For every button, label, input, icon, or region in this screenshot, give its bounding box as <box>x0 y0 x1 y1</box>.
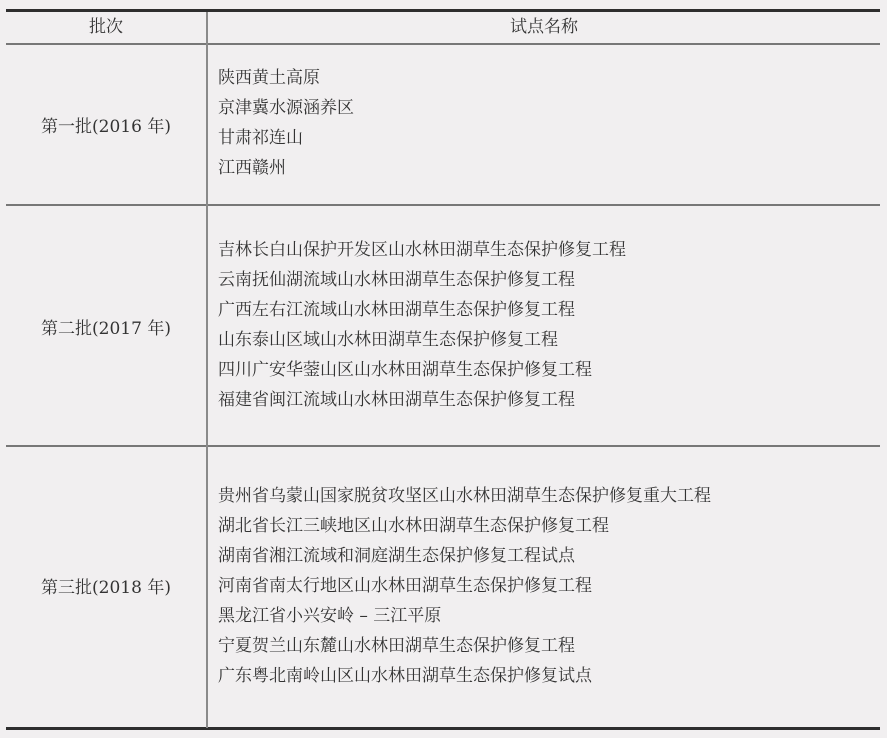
batch-cell: 第二批(2017 年) <box>6 314 206 339</box>
pilot-item: 吉林长白山保护开发区山水林田湖草生态保护修复工程 <box>218 235 626 265</box>
pilot-item: 陕西黄土高原 <box>218 63 354 93</box>
row-separator <box>6 445 880 447</box>
pilot-item: 京津冀水源涵养区 <box>218 93 354 123</box>
pilot-item: 江西赣州 <box>218 153 354 183</box>
header-rule <box>6 43 880 45</box>
pilot-item: 湖北省长江三峡地区山水林田湖草生态保护修复工程 <box>218 511 711 541</box>
pilot-item: 福建省闽江流域山水林田湖草生态保护修复工程 <box>218 385 626 415</box>
pilot-item: 河南省南太行地区山水林田湖草生态保护修复工程 <box>218 571 711 601</box>
pilot-list: 吉林长白山保护开发区山水林田湖草生态保护修复工程 云南抚仙湖流域山水林田湖草生态… <box>218 235 626 415</box>
bottom-rule <box>6 727 880 730</box>
pilot-item: 宁夏贺兰山东麓山水林田湖草生态保护修复工程 <box>218 631 711 661</box>
row-separator <box>6 204 880 206</box>
pilot-item: 云南抚仙湖流域山水林田湖草生态保护修复工程 <box>218 265 626 295</box>
pilot-item: 广西左右江流域山水林田湖草生态保护修复工程 <box>218 295 626 325</box>
header-pilot-name: 试点名称 <box>208 12 880 43</box>
batch-cell: 第三批(2018 年) <box>6 573 206 598</box>
pilot-list: 贵州省乌蒙山国家脱贫攻坚区山水林田湖草生态保护修复重大工程 湖北省长江三峡地区山… <box>218 481 711 691</box>
pilot-item: 广东粤北南岭山区山水林田湖草生态保护修复试点 <box>218 661 711 691</box>
header-batch: 批次 <box>6 12 206 43</box>
pilot-list: 陕西黄土高原 京津冀水源涵养区 甘肃祁连山 江西赣州 <box>218 63 354 183</box>
pilot-item: 贵州省乌蒙山国家脱贫攻坚区山水林田湖草生态保护修复重大工程 <box>218 481 711 511</box>
pilot-item: 四川广安华蓥山区山水林田湖草生态保护修复工程 <box>218 355 626 385</box>
pilot-item: 湖南省湘江流域和洞庭湖生态保护修复工程试点 <box>218 541 711 571</box>
pilot-item: 黑龙江省小兴安岭 – 三江平原 <box>218 601 711 631</box>
column-divider <box>206 12 208 728</box>
pilot-item: 甘肃祁连山 <box>218 123 354 153</box>
pilot-item: 山东泰山区域山水林田湖草生态保护修复工程 <box>218 325 626 355</box>
batch-cell: 第一批(2016 年) <box>6 112 206 137</box>
